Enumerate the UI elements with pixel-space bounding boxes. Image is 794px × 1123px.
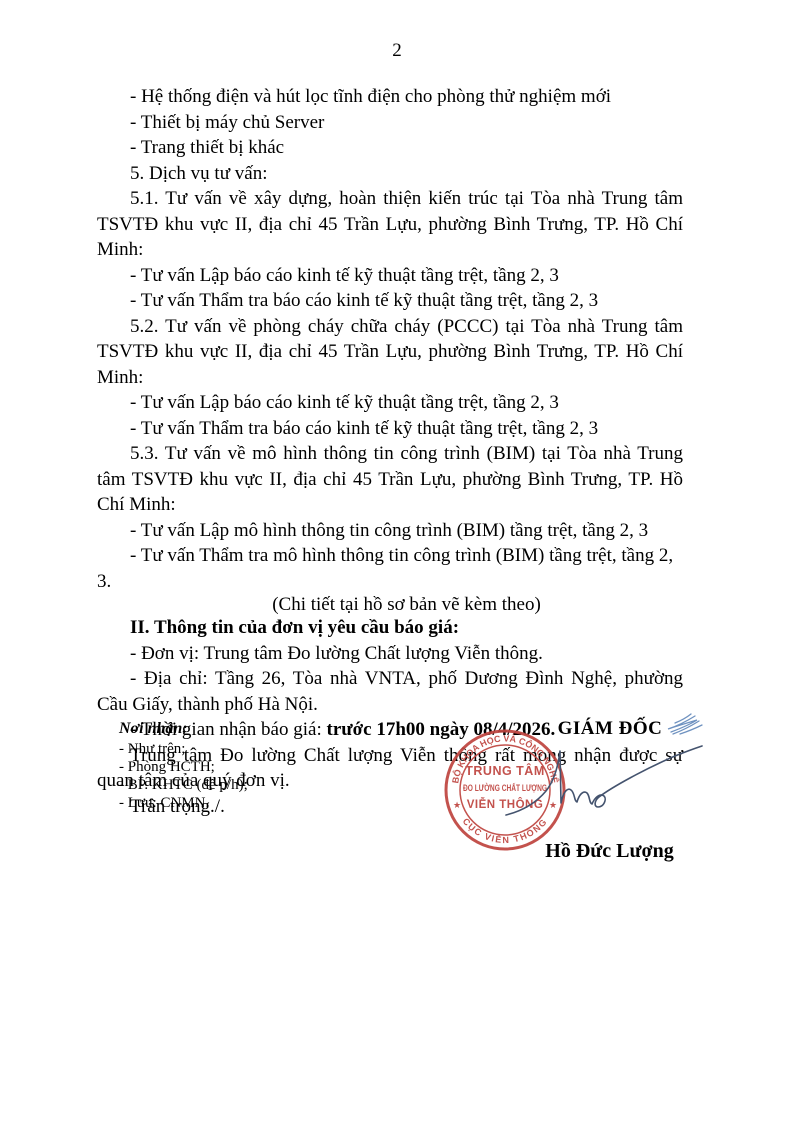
section-5-1: 5.1. Tư vấn về xây dựng, hoàn thiện kiến… [97, 186, 683, 263]
body-paragraph: - Thiết bị máy chủ Server [97, 110, 683, 136]
recipient-item: - Phòng HCTH; [119, 758, 248, 776]
section-heading-5: 5. Dịch vụ tư vấn: [97, 161, 683, 187]
body-paragraph: - Trang thiết bị khác [97, 135, 683, 161]
recipient-item: - BP. KHTC (để p/h); [119, 776, 248, 794]
body-paragraph: - Tư vấn Thẩm tra báo cáo kinh tế kỹ thu… [97, 288, 683, 314]
body-paragraph: - Hệ thống điện và hút lọc tĩnh điện cho… [97, 84, 683, 110]
body-paragraph: - Tư vấn Lập báo cáo kinh tế kỹ thuật tầ… [97, 263, 683, 289]
document-page: 2 - Hệ thống điện và hút lọc tĩnh điện c… [0, 0, 794, 1123]
page-number: 2 [0, 40, 794, 62]
stamp-star-left: ★ [453, 800, 461, 810]
recipient-item: - Lưu: CNMN. [119, 794, 248, 812]
section-5-2: 5.2. Tư vấn về phòng cháy chữa cháy (PCC… [97, 314, 683, 391]
body-paragraph: - Tư vấn Thẩm tra báo cáo kinh tế kỹ thu… [97, 416, 683, 442]
recipients-block: Nơi nhận: - Như trên; - Phòng HCTH; - BP… [119, 720, 248, 812]
document-body: - Hệ thống điện và hút lọc tĩnh điện cho… [97, 84, 683, 819]
section-5-3: 5.3. Tư vấn về mô hình thông tin công tr… [97, 441, 683, 518]
recipient-item: - Như trên; [119, 740, 248, 758]
body-paragraph: - Tư vấn Lập mô hình thông tin công trìn… [97, 518, 683, 544]
address-line: - Địa chỉ: Tầng 26, Tòa nhà VNTA, phố Dư… [97, 666, 683, 717]
section-heading-2: II. Thông tin của đơn vị yêu cầu báo giá… [97, 615, 683, 641]
body-paragraph: - Tư vấn Lập báo cáo kinh tế kỹ thuật tầ… [97, 390, 683, 416]
signature-scribble [470, 735, 720, 825]
unit-line: - Đơn vị: Trung tâm Đo lường Chất lượng … [97, 641, 683, 667]
body-paragraph: - Tư vấn Thẩm tra mô hình thông tin công… [97, 543, 683, 594]
recipients-title: Nơi nhận: [119, 720, 248, 738]
attachment-note: (Chi tiết tại hồ sơ bản vẽ kèm theo) [97, 594, 683, 615]
